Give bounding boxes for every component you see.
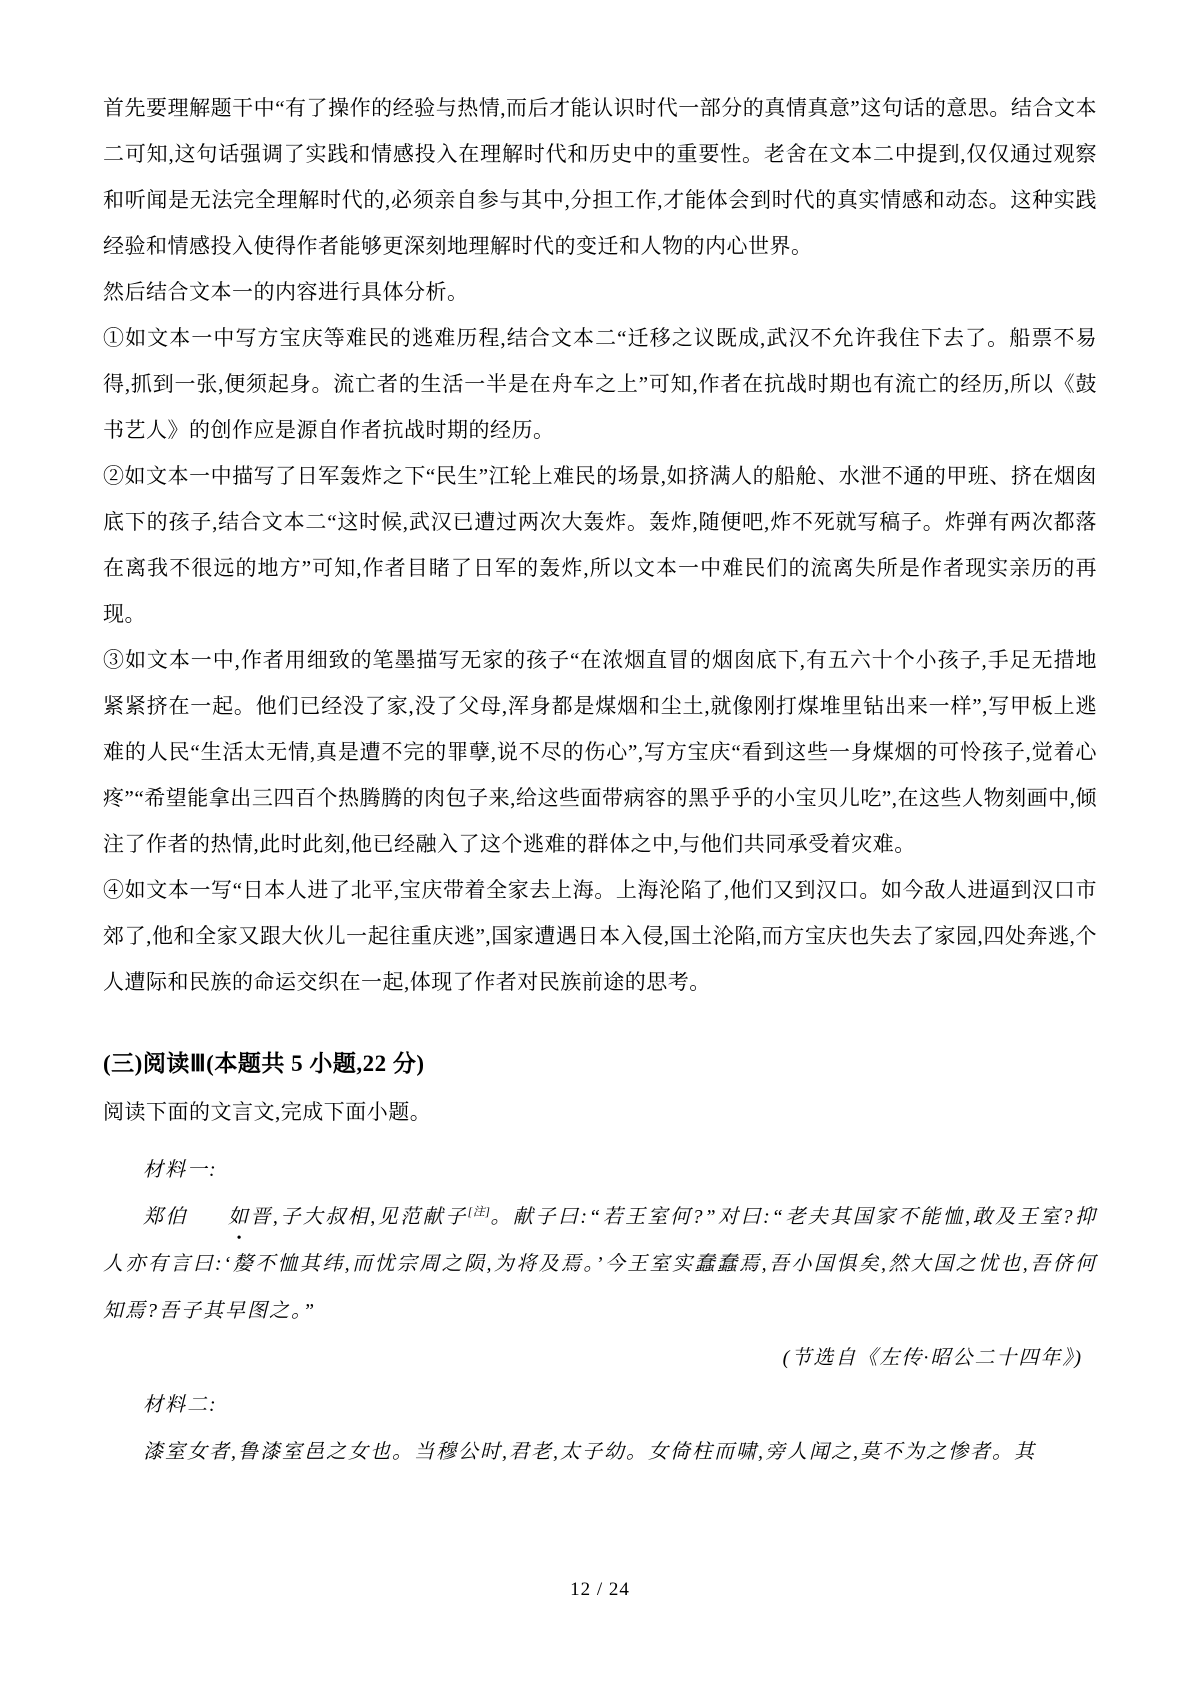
- material-1-text: 郑伯如晋,子大叔相,见范献子[注]。献子曰:“若王室何?”对曰:“老夫其国家不能…: [103, 1194, 1097, 1335]
- emphasis-char: 如: [188, 1194, 250, 1241]
- material-1-text-mid: 晋,子大叔相,见范献子: [250, 1206, 468, 1228]
- note-superscript: [注]: [468, 1204, 490, 1218]
- material-1-source: (节选自《左传·昭公二十四年》): [103, 1335, 1097, 1382]
- reading-intro: 阅读下面的文言文,完成下面小题。: [103, 1089, 1097, 1135]
- section-heading: (三)阅读Ⅲ(本题共 5 小题,22 分): [103, 1041, 1097, 1087]
- classical-materials: 材料一: 郑伯如晋,子大叔相,见范献子[注]。献子曰:“若王室何?”对曰:“老夫…: [103, 1147, 1097, 1476]
- analysis-paragraph: ③如文本一中,作者用细致的笔墨描写无家的孩子“在浓烟直冒的烟囱底下,有五六十个小…: [103, 637, 1097, 867]
- analysis-paragraph: ①如文本一中写方宝庆等难民的逃难历程,结合文本二“迁移之议既成,武汉不允许我住下…: [103, 315, 1097, 453]
- analysis-paragraph: 然后结合文本一的内容进行具体分析。: [103, 269, 1097, 315]
- material-2-text: 漆室女者,鲁漆室邑之女也。当穆公时,君老,太子幼。女倚柱而啸,旁人闻之,莫不为之…: [103, 1429, 1097, 1476]
- material-2-label: 材料二:: [103, 1382, 1097, 1429]
- document-page: 首先要理解题干中“有了操作的经验与热情,而后才能认识时代一部分的真情真意”这句话…: [0, 0, 1200, 1697]
- page-number-footer: 12 / 24: [0, 1579, 1200, 1601]
- analysis-paragraph: 首先要理解题干中“有了操作的经验与热情,而后才能认识时代一部分的真情真意”这句话…: [103, 85, 1097, 269]
- material-1-label: 材料一:: [103, 1147, 1097, 1194]
- analysis-paragraph: ②如文本一中描写了日军轰炸之下“民生”江轮上难民的场景,如挤满人的船舱、水泄不通…: [103, 453, 1097, 637]
- material-1-text-pre: 郑伯: [143, 1206, 188, 1228]
- analysis-paragraph: ④如文本一写“日本人进了北平,宝庆带着全家去上海。上海沦陷了,他们又到汉口。如今…: [103, 867, 1097, 1005]
